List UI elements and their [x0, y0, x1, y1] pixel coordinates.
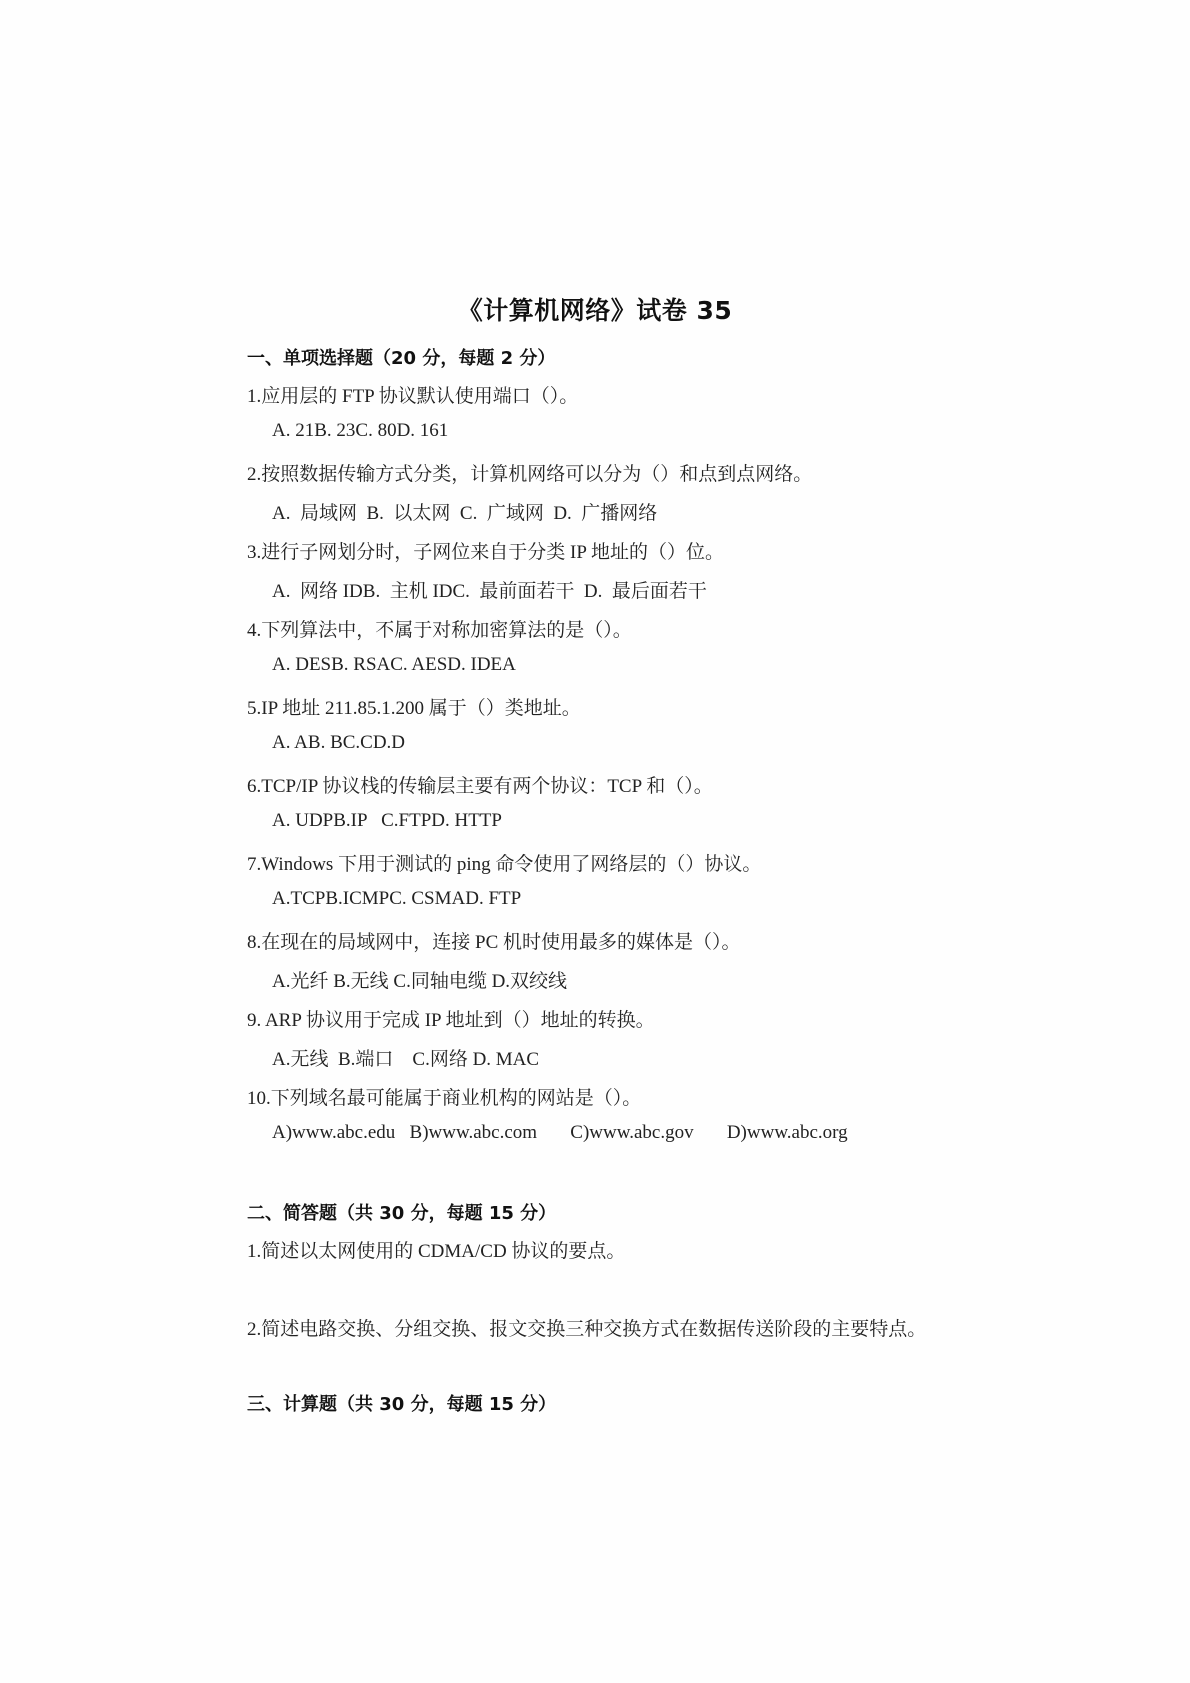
- question-5-options: A. AB. BC.CD.D: [272, 732, 405, 754]
- question-4-options: A. DESB. RSAC. AESD. IDEA: [272, 654, 516, 676]
- section-heading-short-answer: 二、简答题（共 30 分，每题 15 分）: [247, 1199, 556, 1225]
- question-1: 1.应用层的 FTP 协议默认使用端口（）。: [247, 381, 578, 408]
- question-6-options: A. UDPB.IP C.FTPD. HTTP: [272, 810, 502, 832]
- question-10: 10.下列域名最可能属于商业机构的网站是（）。: [247, 1083, 641, 1110]
- document-title: 《计算机网络》试卷 35: [0, 291, 1190, 327]
- question-3: 3.进行子网划分时，子网位来自于分类 IP 地址的（）位。: [247, 537, 724, 564]
- question-6: 6.TCP/IP 协议栈的传输层主要有两个协议：TCP 和（）。: [247, 771, 713, 798]
- question-5: 5.IP 地址 211.85.1.200 属于（）类地址。: [247, 693, 581, 720]
- short-answer-question-1: 1.简述以太网使用的 CDMA/CD 协议的要点。: [247, 1236, 625, 1263]
- question-8: 8.在现在的局域网中，连接 PC 机时使用最多的媒体是（）。: [247, 927, 741, 954]
- question-7: 7.Windows 下用于测试的 ping 命令使用了网络层的（）协议。: [247, 849, 761, 876]
- question-7-options: A.TCPB.ICMPC. CSMAD. FTP: [272, 888, 521, 910]
- question-8-options: A.光纤 B.无线 C.同轴电缆 D.双绞线: [272, 966, 567, 993]
- question-4: 4.下列算法中，不属于对称加密算法的是（）。: [247, 615, 632, 642]
- exam-page: 《计算机网络》试卷 35 一、单项选择题（20 分，每题 2 分） 1.应用层的…: [0, 0, 1190, 1683]
- question-2: 2.按照数据传输方式分类，计算机网络可以分为（）和点到点网络。: [247, 459, 812, 486]
- short-answer-question-2: 2.简述电路交换、分组交换、报文交换三种交换方式在数据传送阶段的主要特点。: [247, 1314, 926, 1341]
- section-heading-single-choice: 一、单项选择题（20 分，每题 2 分）: [247, 344, 555, 370]
- question-9: 9. ARP 协议用于完成 IP 地址到（）地址的转换。: [247, 1005, 655, 1032]
- question-9-options: A.无线 B.端口 C.网络 D. MAC: [272, 1044, 539, 1071]
- section-heading-calculation: 三、计算题（共 30 分，每题 15 分）: [247, 1390, 556, 1416]
- question-1-options: A. 21B. 23C. 80D. 161: [272, 420, 448, 442]
- question-10-options: A)www.abc.edu B)www.abc.com C)www.abc.go…: [272, 1122, 848, 1144]
- question-3-options: A. 网络 IDB. 主机 IDC. 最前面若干 D. 最后面若干: [272, 576, 707, 603]
- question-2-options: A. 局域网 B. 以太网 C. 广域网 D. 广播网络: [272, 498, 657, 525]
